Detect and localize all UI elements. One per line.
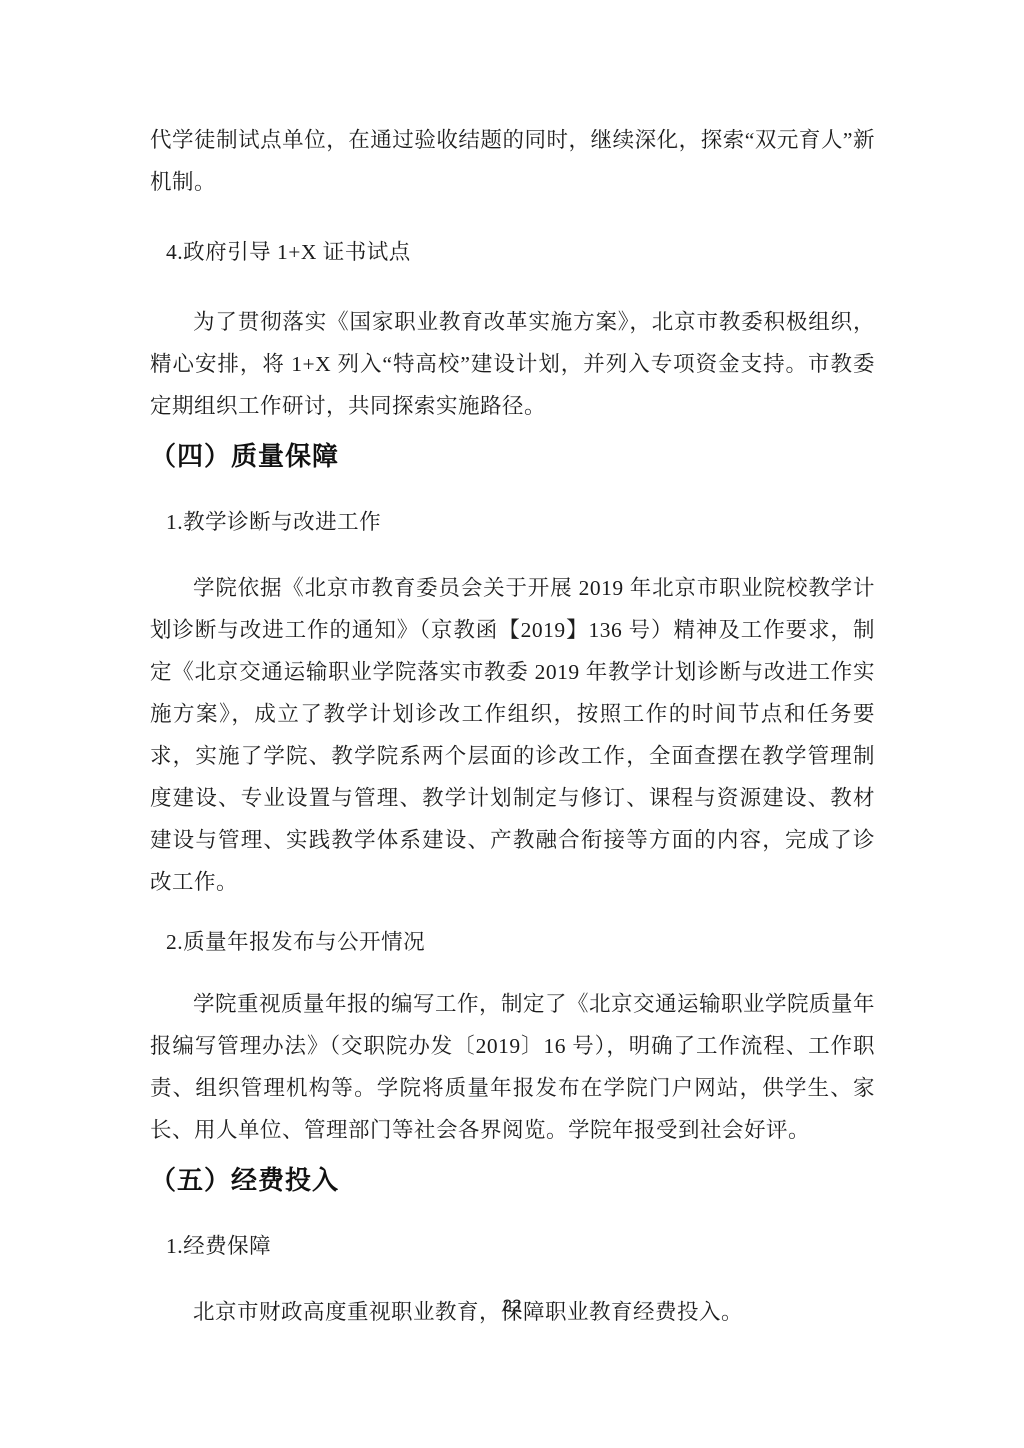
page-number: 22 [0, 1296, 1024, 1316]
paragraph-apprenticeship-continuation: 代学徒制试点单位，在通过验收结题的同时，继续深化，探索“双元育人”新机制。 [150, 119, 875, 203]
paragraph-teaching-diagnosis: 学院依据《北京市教育委员会关于开展 2019 年北京市职业院校教学计划诊断与改进… [150, 567, 875, 903]
paragraph-annual-report: 学院重视质量年报的编写工作，制定了《北京交通运输职业学院质量年报编写管理办法》（… [150, 983, 875, 1151]
paragraph-cert-pilot: 为了贯彻落实《国家职业教育改革实施方案》，北京市教委积极组织，精心安排，将 1+… [150, 301, 875, 427]
subheading-funding-guarantee: 1.经费保障 [150, 1225, 875, 1267]
subheading-cert-pilot: 4.政府引导 1+X 证书试点 [150, 231, 875, 273]
subheading-annual-report: 2.质量年报发布与公开情况 [150, 921, 875, 963]
heading-funding-investment: （五）经费投入 [150, 1163, 875, 1197]
document-page: 代学徒制试点单位，在通过验收结题的同时，继续深化，探索“双元育人”新机制。 4.… [0, 0, 1024, 1448]
subheading-teaching-diagnosis: 1.教学诊断与改进工作 [150, 501, 875, 543]
document-content: 代学徒制试点单位，在通过验收结题的同时，继续深化，探索“双元育人”新机制。 4.… [0, 0, 1024, 1333]
heading-quality-assurance: （四）质量保障 [150, 439, 875, 473]
